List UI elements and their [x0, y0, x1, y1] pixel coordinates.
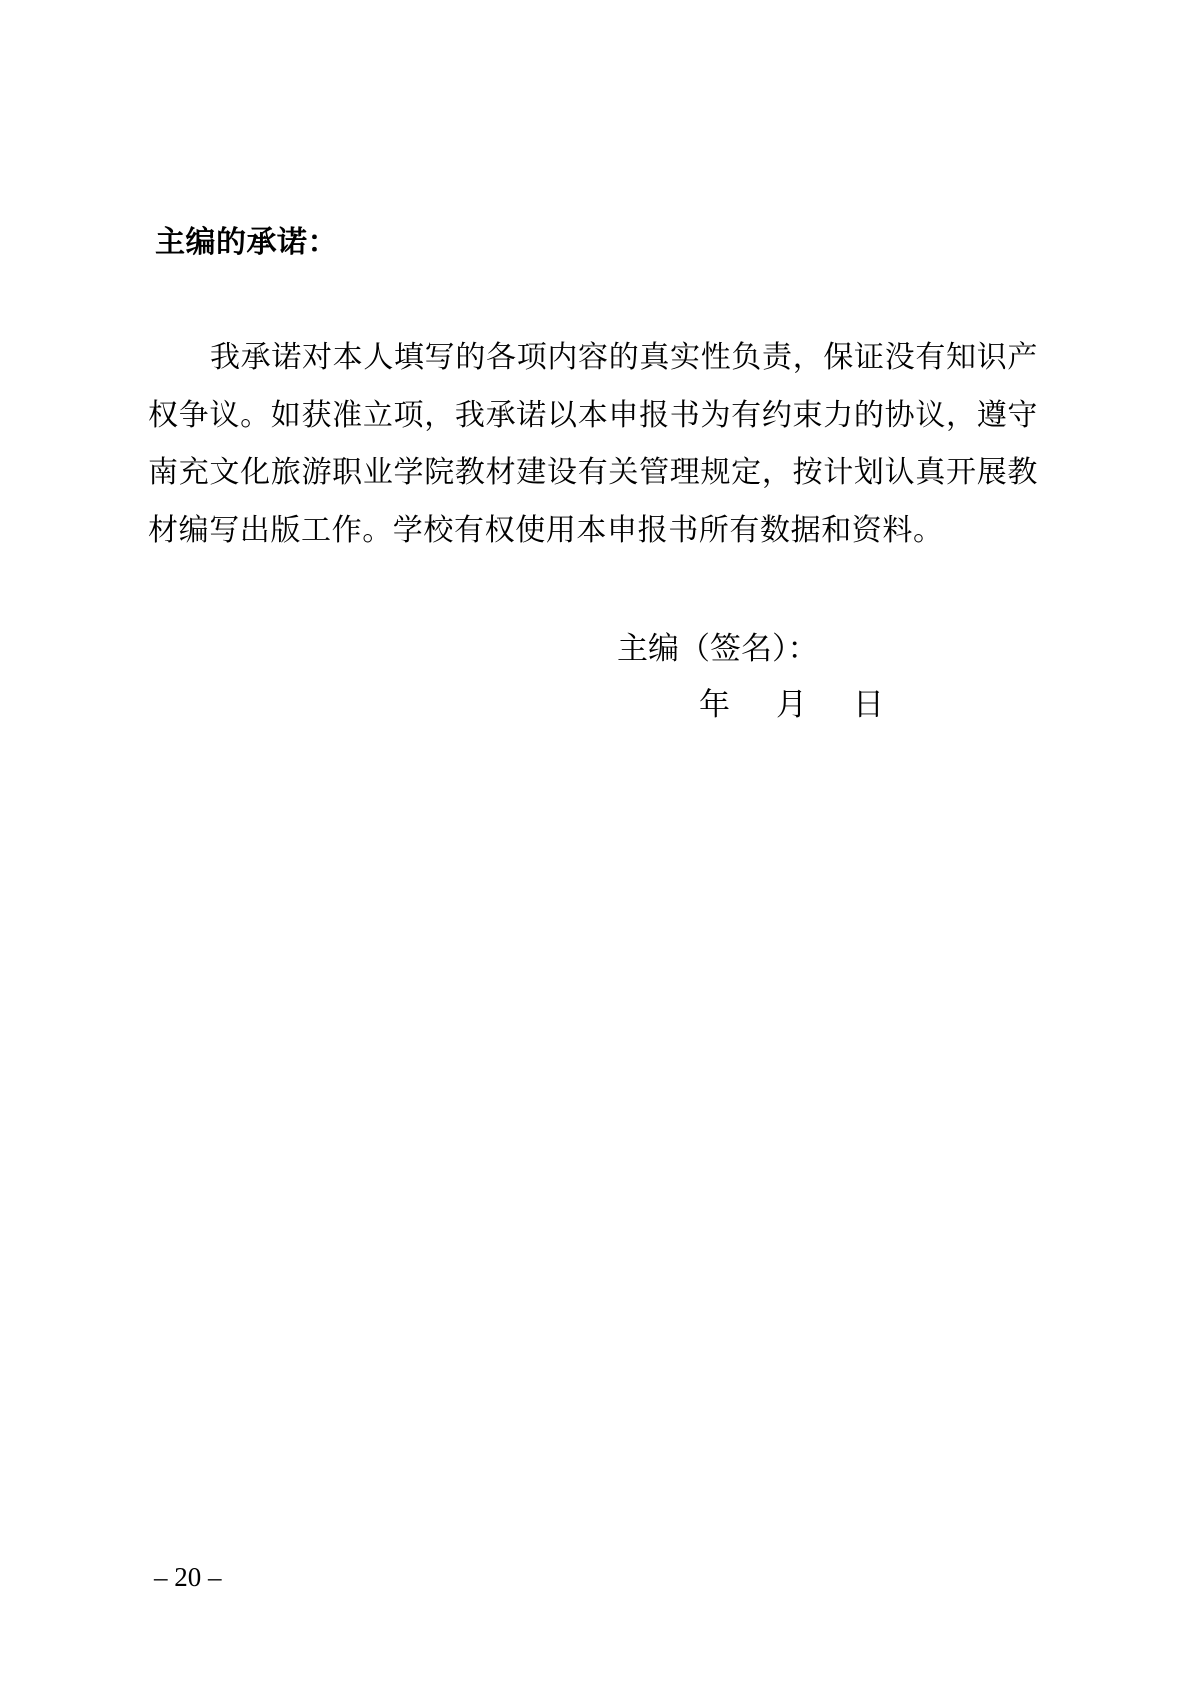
signature-label: 主编（签名）：: [617, 630, 819, 668]
date-line: 年 月 日: [699, 686, 884, 724]
date-month-label: 月: [776, 686, 807, 724]
page-number: – 20 –: [154, 1561, 222, 1593]
commitment-paragraph: 我承诺对本人填写的各项内容的真实性负责，保证没有知识产权争议。如获准立项，我承诺…: [148, 329, 1038, 559]
document-page: 主编的承诺： 我承诺对本人填写的各项内容的真实性负责，保证没有知识产权争议。如获…: [0, 0, 1191, 1684]
date-day-label: 日: [853, 686, 884, 724]
date-year-label: 年: [699, 686, 730, 724]
section-heading: 主编的承诺：: [155, 224, 338, 262]
